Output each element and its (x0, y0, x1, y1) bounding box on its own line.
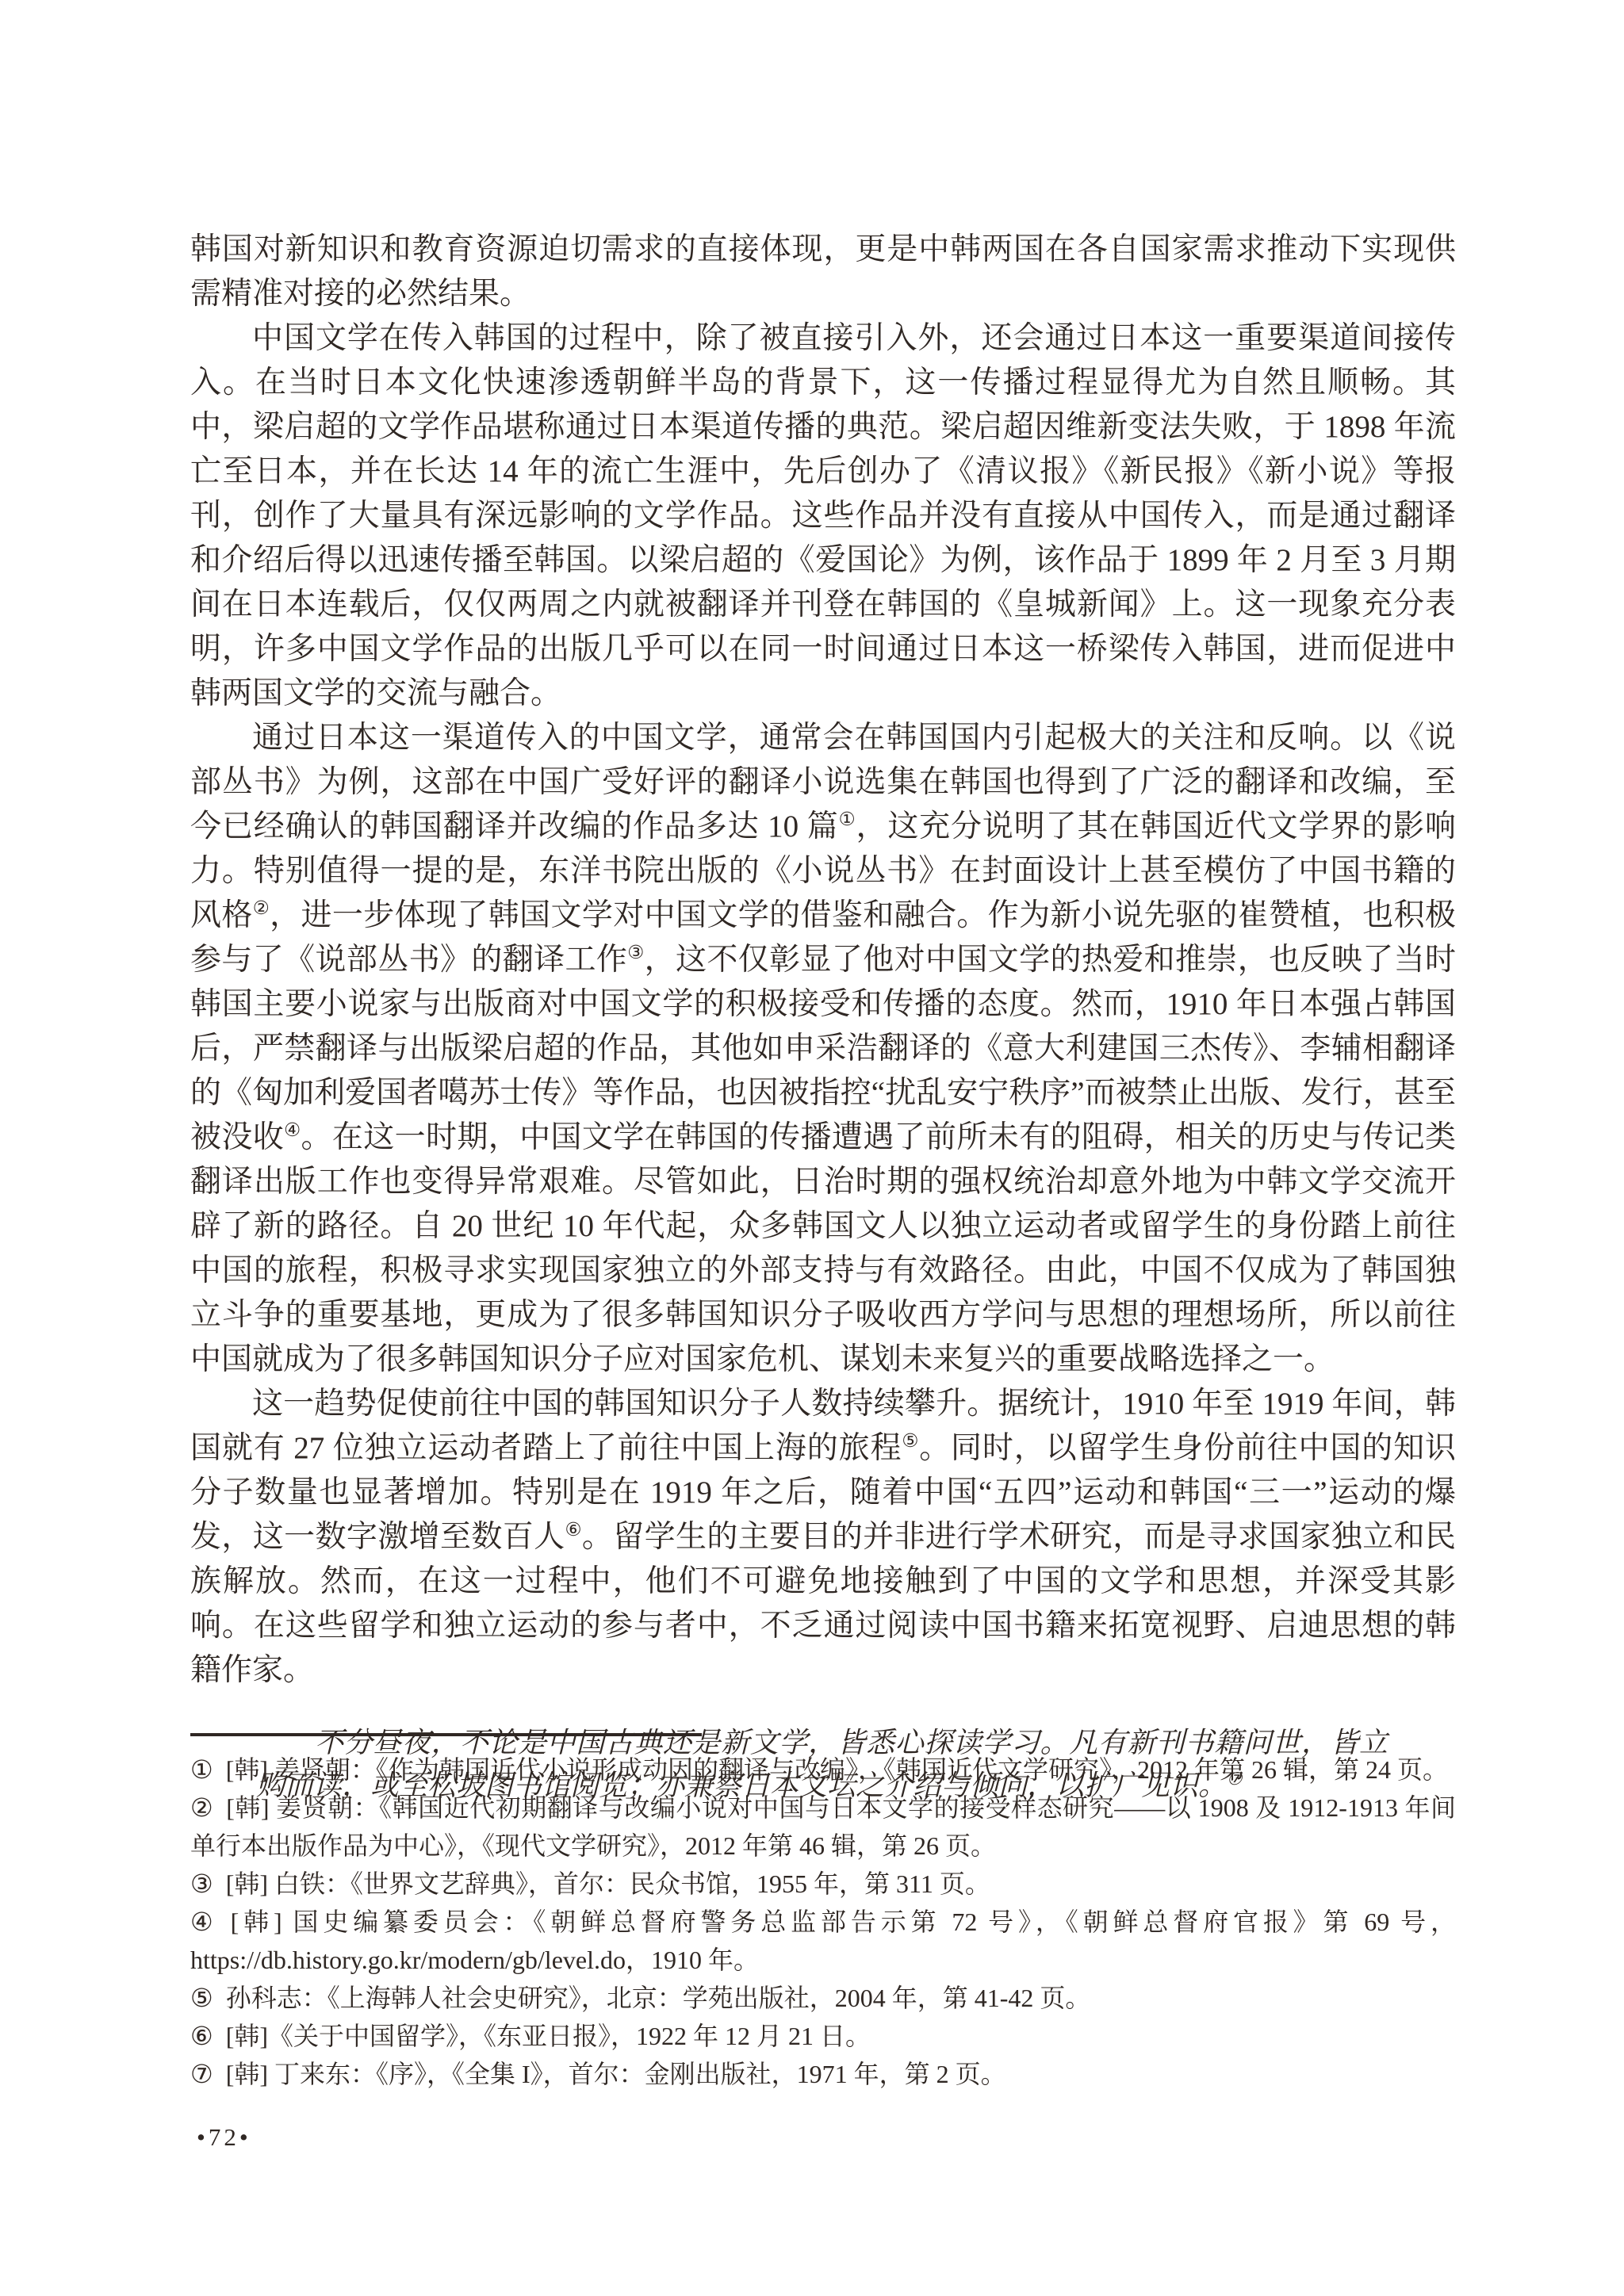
footnote-divider (190, 1733, 702, 1736)
footnote-marker: ⑦ (190, 2060, 213, 2088)
article-body: 韩国对新知识和教育资源迫切需求的直接体现，更是中韩两国在各自国家需求推动下实现供… (190, 228, 1456, 1807)
footnote-text: [韩] 白铁：《世界文艺辞典》，首尔：民众书馆，1955 年，第 311 页。 (226, 1869, 990, 1898)
footnote-marker: ⑥ (190, 2022, 213, 2050)
footnote-item: ③[韩] 白铁：《世界文艺辞典》，首尔：民众书馆，1955 年，第 311 页。 (190, 1865, 1456, 1903)
document-page: 韩国对新知识和教育资源迫切需求的直接体现，更是中韩两国在各自国家需求推动下实现供… (0, 0, 1624, 2296)
footnote-text: [韩] 姜贤朝：《韩国近代初期翻译与改编小说对中国与日本文学的接受样态研究——以… (190, 1793, 1456, 1860)
footnotes-section: ①[韩] 姜贤朝：《作为韩国近代小说形成动因的翻译与改编》，《韩国近代文学研究》… (190, 1733, 1456, 2093)
footnote-text: [韩]《关于中国留学》，《东亚日报》，1922 年 12 月 21 日。 (226, 2022, 871, 2050)
footnote-marker: ① (190, 1755, 213, 1784)
footnote-item: ④[韩] 国史编纂委员会：《朝鲜总督府警务总监部告示第 72 号》，《朝鲜总督府… (190, 1903, 1456, 1979)
body-paragraph: 通过日本这一渠道传入的中国文学，通常会在韩国国内引起极大的关注和反响。以《说部丛… (190, 716, 1456, 1382)
footnote-item: ②[韩] 姜贤朝：《韩国近代初期翻译与改编小说对中国与日本文学的接受样态研究——… (190, 1789, 1456, 1865)
footnote-item: ⑤孙科志：《上海韩人社会史研究》，北京：学苑出版社，2004 年，第 41-42… (190, 1979, 1456, 2017)
footnote-item: ⑦[韩] 丁来东：《序》，《全集 I》，首尔：金刚出版社，1971 年，第 2 … (190, 2055, 1456, 2093)
footnote-item: ⑥[韩]《关于中国留学》，《东亚日报》，1922 年 12 月 21 日。 (190, 2017, 1456, 2055)
page-number: •72• (197, 2123, 251, 2152)
footnote-item: ①[韩] 姜贤朝：《作为韩国近代小说形成动因的翻译与改编》，《韩国近代文学研究》… (190, 1751, 1456, 1789)
footnote-text: [韩] 丁来东：《序》，《全集 I》，首尔：金刚出版社，1971 年，第 2 页… (226, 2060, 1006, 2088)
footnote-marker: ④ (190, 1908, 218, 1936)
body-paragraph: 韩国对新知识和教育资源迫切需求的直接体现，更是中韩两国在各自国家需求推动下实现供… (190, 228, 1456, 316)
body-paragraph: 中国文学在传入韩国的过程中，除了被直接引入外，还会通过日本这一重要渠道间接传入。… (190, 316, 1456, 716)
footnote-marker: ⑤ (190, 1984, 213, 2012)
footnote-text: [韩] 姜贤朝：《作为韩国近代小说形成动因的翻译与改编》，《韩国近代文学研究》，… (226, 1755, 1448, 1784)
body-paragraph: 这一趋势促使前往中国的韩国知识分子人数持续攀升。据统计，1910 年至 1919… (190, 1382, 1456, 1693)
footnote-text: [韩] 国史编纂委员会：《朝鲜总督府警务总监部告示第 72 号》，《朝鲜总督府官… (190, 1908, 1456, 1974)
footnote-marker: ② (190, 1793, 213, 1822)
footnote-text: 孙科志：《上海韩人社会史研究》，北京：学苑出版社，2004 年，第 41-42 … (226, 1984, 1091, 2012)
footnote-marker: ③ (190, 1869, 213, 1898)
